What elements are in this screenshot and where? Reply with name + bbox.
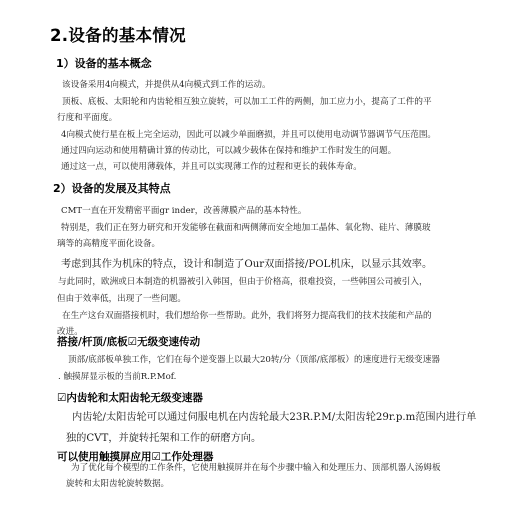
paragraph-line: 顶板、底板、太阳轮和内齿轮相互独立旋转，可以加工工件的两侧，加工应力小，提高了工…	[62, 95, 432, 107]
paragraph-line: 该设备采用4向模式，并提供从4向模式到工作的运动。	[62, 78, 271, 90]
paragraph-line: 在生产这台双面搭接机时，我们想给你一些帮助。此外，我们将努力提高我们的技术技能和…	[62, 309, 432, 321]
section-heading-development: 2）设备的发展及其特点	[53, 180, 171, 196]
paragraph-line: 与此同时，欧洲或日本制造的机器被引入韩国，但由于价格高，很难投资，一些韩国公司被…	[58, 275, 428, 287]
page-title: 2.设备的基本情况	[50, 22, 186, 46]
paragraph-line: 通过四向运动和使用精确计算的传动比，可以减少载体在保持和维护工作时发生的问题。	[61, 144, 396, 156]
paragraph-line: 行度和平面度。	[57, 111, 117, 123]
paragraph-line: CMT一直在开发精密平面gr inder，改善薄膜产品的基本特性。	[61, 204, 307, 216]
section-heading-basic-concept: 1）设备的基本概念	[56, 55, 152, 71]
paragraph-line: 顶部/底部板单独工作，它们在每个逆变器上以最大20转/分（顶部/底部板）的速度进…	[68, 353, 440, 365]
paragraph-line: 但由于效率低，出现了一些问题。	[57, 292, 186, 304]
paragraph-line: 特别是，我们正在努力研究和开发能够在截面和两侧薄而安全地加工晶体、氧化物、硅片、…	[61, 221, 431, 233]
paragraph-line: 4向模式使行星在板上完全运动，因此可以减少单面磨损，并且可以使用电动调节器调节气…	[61, 128, 436, 140]
paragraph-line: 为了优化每个模型的工作条件，它使用触摸屏并在每个步骤中输入和处理压力、顶部机器人…	[71, 461, 441, 473]
paragraph-line: 旋转和太阳齿轮旋转数据。	[66, 477, 169, 489]
paragraph-line: 璃等的高精度平面化设备。	[57, 237, 160, 249]
paragraph-line: 独的CVT，并旋转托架和工作的研磨方向。	[66, 429, 261, 444]
feature-heading-gear-cvt: ☑内齿轮和太阳齿轮无级变速器	[57, 390, 203, 405]
feature-heading-stepless-drive: 搭接/杆顶/底板☑无级变速传动	[57, 334, 200, 349]
paragraph-line: 考虑到其作为机床的特点，设计和制造了Our双面搭接/POL机床，以显示其效率。	[61, 255, 432, 270]
paragraph-line: 内齿轮/太阳齿轮可以通过伺服电机在内齿轮最大23R.P.M/太阳齿轮29r.p.…	[72, 408, 476, 423]
paragraph-line: . 触摸屏显示板的当前R.P.Mof.	[58, 370, 176, 382]
paragraph-line: 通过这一点，可以使用薄载体，并且可以实现薄工作的过程和更长的载体寿命。	[61, 160, 362, 172]
